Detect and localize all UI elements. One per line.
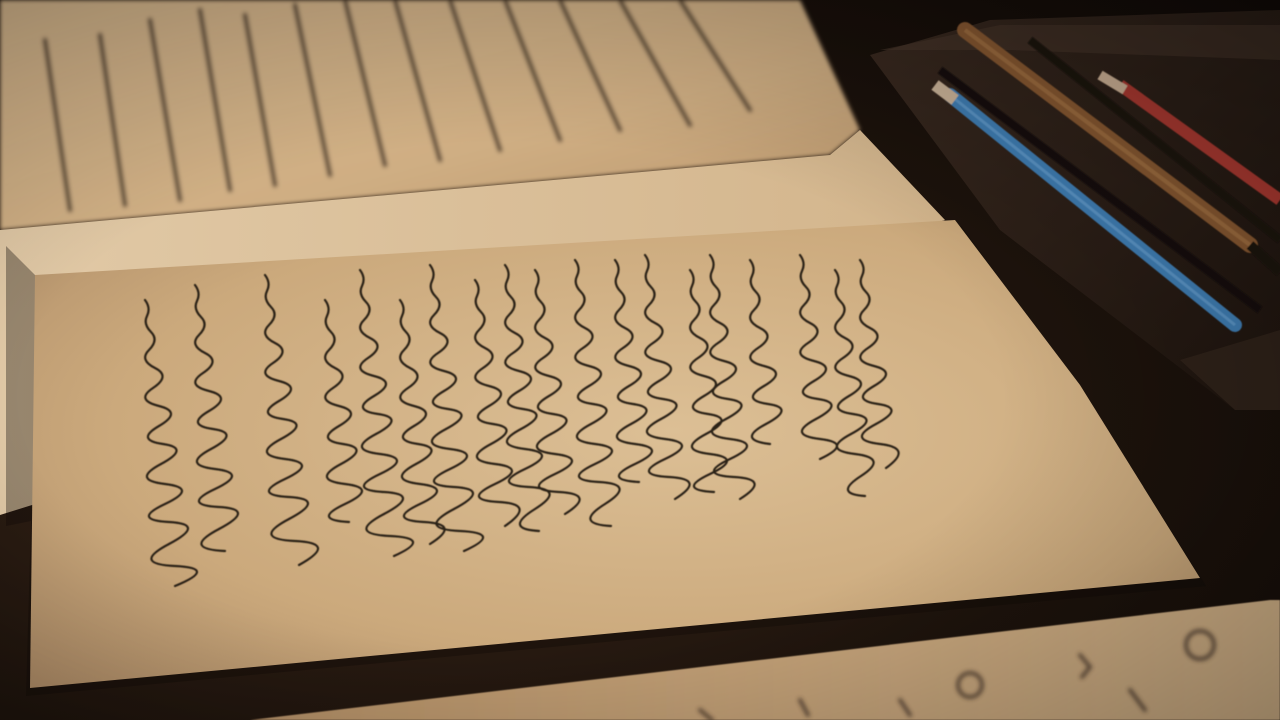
main-letter <box>6 220 1206 696</box>
photo-scene <box>0 0 1280 720</box>
